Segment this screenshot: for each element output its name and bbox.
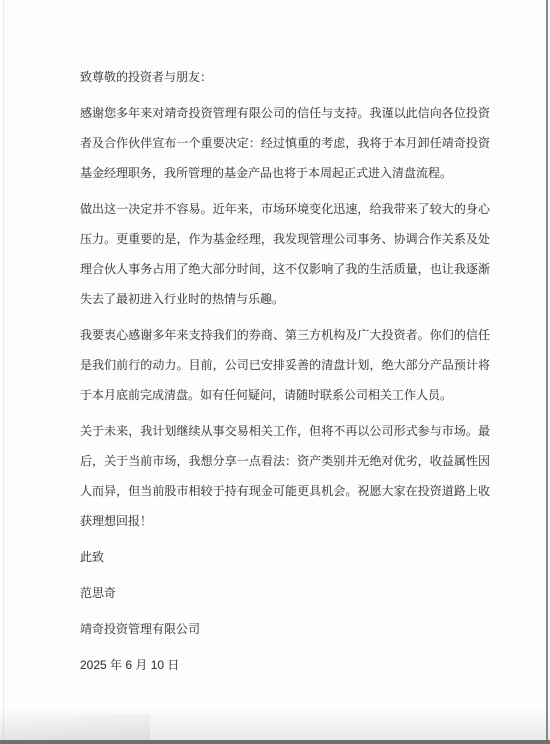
page-bottom-left-shadow — [0, 714, 150, 740]
letter-content: 致尊敬的投资者与朋友： 感谢您多年来对靖奇投资管理有限公司的信任与支持。我谨以此… — [80, 62, 490, 686]
paragraph-future-and-market-view: 关于未来，我计划继续从事交易相关工作，但将不再以公司形式参与市场。最后，关于当前… — [80, 416, 490, 536]
salutation: 致尊敬的投资者与朋友： — [80, 62, 490, 92]
page-bottom-edge-bar — [0, 740, 550, 744]
closing-phrase: 此致 — [80, 542, 490, 572]
page-right-edge-line — [546, 0, 548, 744]
paragraph-reasons: 做出这一决定并不容易。近年来，市场环境变化迅速，给我带来了较大的身心压力。更重要… — [80, 194, 490, 314]
paragraph-resignation-announcement: 感谢您多年来对靖奇投资管理有限公司的信任与支持。我谨以此信向各位投资者及合作伙伴… — [80, 98, 490, 188]
signature-name: 范思奇 — [80, 578, 490, 608]
signature-company: 靖奇投资管理有限公司 — [80, 614, 490, 644]
letter-page: 致尊敬的投资者与朋友： 感谢您多年来对靖奇投资管理有限公司的信任与支持。我谨以此… — [0, 0, 550, 744]
letter-date: 2025 年 6 月 10 日 — [80, 650, 490, 680]
paragraph-thanks-and-liquidation-plan: 我要衷心感谢多年来支持我们的券商、第三方机构及广大投资者。你们的信任是我们前行的… — [80, 320, 490, 410]
page-left-edge-line — [3, 0, 4, 744]
